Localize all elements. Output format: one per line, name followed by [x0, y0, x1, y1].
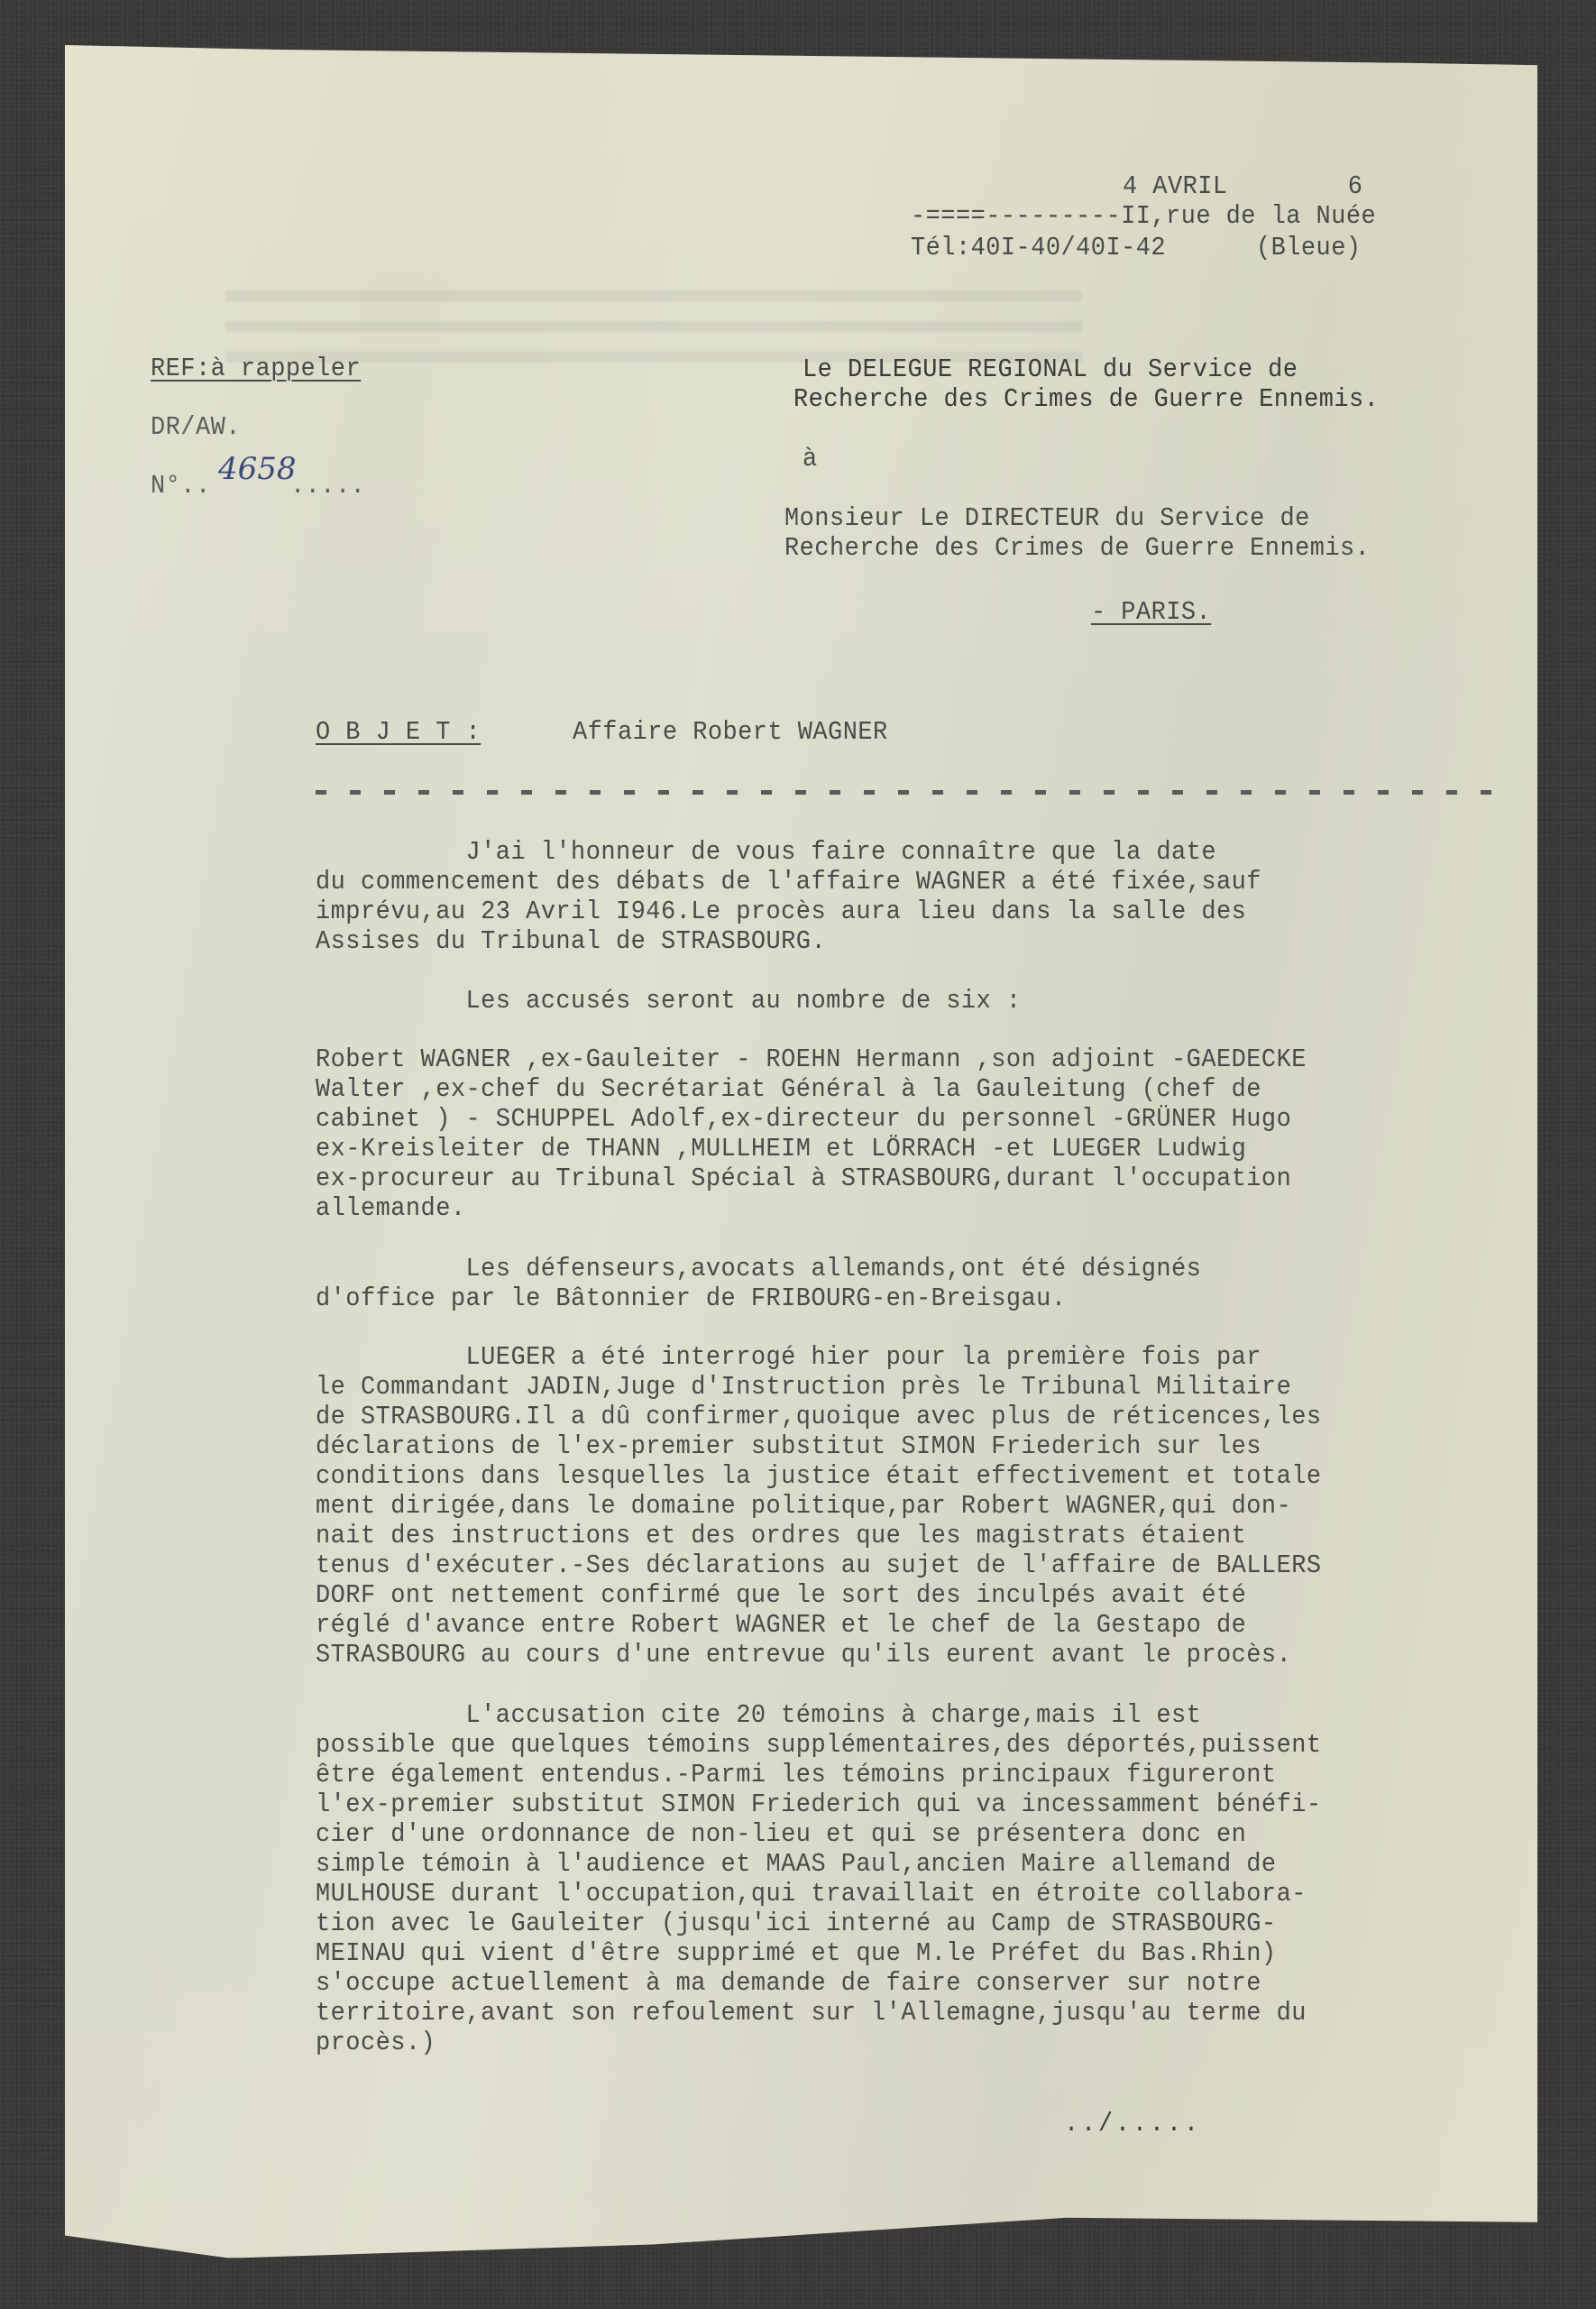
- separator-dashed-line: [316, 790, 1515, 795]
- recipient-line-1: Monsieur Le DIRECTEUR du Service de: [784, 503, 1310, 533]
- text-line: être également entendus.-Parmi les témoi…: [316, 1760, 1277, 1789]
- text-line: cier d'une ordonnance de non-lieu et qui…: [316, 1819, 1246, 1849]
- text-line: DORF ont nettement confirmé que le sort …: [316, 1580, 1246, 1610]
- text-line: déclarations de l'ex-premier substitut S…: [316, 1431, 1261, 1461]
- text-line: ex-Kreisleiter de THANN ,MULLHEIM et LÖR…: [316, 1134, 1246, 1164]
- number-prefix: N°..: [151, 471, 211, 501]
- subject-label: O B J E T :: [316, 717, 481, 747]
- text-line: STRASBOURG au cours d'une entrevue qu'il…: [316, 1640, 1291, 1670]
- recipient-line-2: Recherche des Crimes de Guerre Ennemis.: [784, 533, 1370, 563]
- date-line: 4 AVRIL 6: [1123, 171, 1362, 201]
- text-line: L'accusation cite 20 témoins à charge,ma…: [316, 1700, 1201, 1730]
- accused-intro: Les accusés seront au nombre de six :: [316, 986, 1022, 1016]
- text-line: ment dirigée,dans le domaine politique,p…: [316, 1491, 1291, 1521]
- handwritten-number: 4658: [218, 451, 297, 487]
- text-line: Walter ,ex-chef du Secrétariat Général à…: [316, 1074, 1261, 1104]
- text-line: MEINAU qui vient d'être supprimé et que …: [316, 1938, 1277, 1968]
- text-line: le Commandant JADIN,Juge d'Instruction p…: [316, 1372, 1291, 1402]
- text-line: possible que quelques témoins supplément…: [316, 1730, 1322, 1760]
- text-line: procès.): [316, 2028, 436, 2057]
- text-line: l'ex-premier substitut SIMON Friederich …: [316, 1789, 1322, 1819]
- text-line: simple témoin à l'audience et MAAS Paul,…: [316, 1849, 1277, 1879]
- text-line: MULHOUSE durant l'occupation,qui travail…: [316, 1879, 1307, 1909]
- text-line: conditions dans lesquelles la justice ét…: [316, 1461, 1322, 1491]
- text-line: Assises du Tribunal de STRASBOURG.: [316, 926, 826, 956]
- text-line: Robert WAGNER ,ex-Gauleiter - ROEHN Herm…: [316, 1044, 1307, 1074]
- text-line: J'ai l'honneur de vous faire connaître q…: [316, 837, 1216, 867]
- text-line: imprévu,au 23 Avril I946.Le procès aura …: [316, 897, 1246, 926]
- subject-value: Affaire Robert WAGNER: [573, 717, 888, 747]
- reference-label: REF:à rappeler: [151, 354, 361, 383]
- reference-initials: DR/AW.: [151, 412, 241, 442]
- text-line: LUEGER a été interrogé hier pour la prem…: [316, 1342, 1261, 1372]
- to-word: à: [803, 444, 818, 474]
- sender-line-2: Recherche des Crimes de Guerre Ennemis.: [793, 384, 1379, 414]
- text-line: Les défenseurs,avocats allemands,ont été…: [316, 1254, 1201, 1283]
- text-line: nait des instructions et des ordres que …: [316, 1521, 1246, 1550]
- page-continuation-mark: ../.....: [1064, 2109, 1201, 2139]
- text-line: de STRASBOURG.Il a dû confirmer,quoique …: [316, 1402, 1322, 1431]
- text-line: du commencement des débats de l'affaire …: [316, 867, 1261, 897]
- address-line: -====---------II,rue de la Nuée: [911, 201, 1376, 231]
- text-line: d'office par le Bâtonnier de FRIBOURG-en…: [316, 1283, 1066, 1313]
- text-line: réglé d'avance entre Robert WAGNER et le…: [316, 1610, 1246, 1640]
- number-suffix: .....: [290, 471, 365, 501]
- text-line: allemande.: [316, 1193, 465, 1223]
- phone-line: Tél:40I-40/40I-42 (Bleue): [911, 233, 1361, 262]
- sender-line-1: Le DELEGUE REGIONAL du Service de: [803, 354, 1298, 384]
- text-line: territoire,avant son refoulement sur l'A…: [316, 1998, 1307, 2028]
- text-line: s'occupe actuellement à ma demande de fa…: [316, 1968, 1261, 1998]
- text-line: tenus d'exécuter.-Ses déclarations au su…: [316, 1550, 1322, 1580]
- recipient-city: - PARIS.: [1091, 597, 1211, 627]
- text-line: tion avec le Gauleiter (jusqu'ici intern…: [316, 1909, 1277, 1938]
- text-line: cabinet ) - SCHUPPEL Adolf,ex-directeur …: [316, 1104, 1291, 1134]
- text-line: ex-procureur au Tribunal Spécial à STRAS…: [316, 1164, 1291, 1193]
